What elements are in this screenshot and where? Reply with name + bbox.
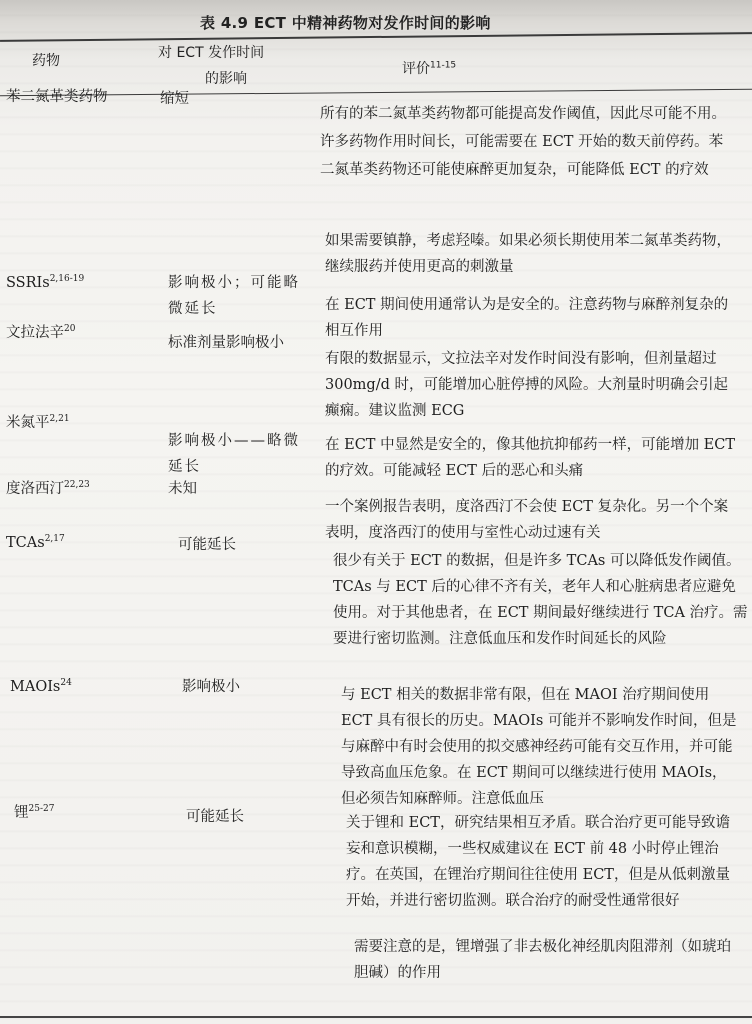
row-drug-name: 锂 [14,805,29,821]
row-drug-refs: 2,16-19 [50,274,85,284]
row-comment: 很少有关于 ECT 的数据，但是许多 TCAs 可以降低发作阈值。TCAs 与 … [333,548,748,652]
row-comment-extra: 需要注意的是，锂增强了非去极化神经肌肉阻滞剂（如琥珀胆碱）的作用 [354,934,742,986]
row-effect: 可能延长 [178,532,323,558]
row-drug-refs: 20 [64,324,75,334]
row-comment: 所有的苯二氮革类药物都可能提高发作阈值，因此尽可能不用。许多药物作用时间长，可能… [320,100,735,184]
row-comment: 在 ECT 中显然是安全的，像其他抗抑郁药一样，可能增加 ECT 的疗效。可能减… [325,432,740,484]
row-comment: 一个案例报告表明，度洛西汀不会使 ECT 复杂化。另一个个案表明，度洛西汀的使用… [325,494,740,546]
row-drug-name: 苯二氮革类药物 [6,89,108,105]
header-effect-line1: 对 ECT 发作时间 [158,42,264,62]
row-drug: MAOIs24 [10,674,72,700]
header-comment-refs: 11-15 [430,60,456,70]
row-drug: 文拉法辛20 [6,320,75,346]
header-effect-line2: 的影响 [205,68,247,88]
header-comment: 评价11-15 [402,58,456,78]
row-drug-name: 度洛西汀 [6,481,64,497]
row-drug-name: 文拉法辛 [6,325,64,341]
table-bottom-rule [0,1016,752,1018]
row-drug-name: TCAs [6,535,45,551]
row-effect: 未知 [168,476,313,502]
row-effect: 影响极小——略微延长 [168,428,308,480]
row-drug-refs: 24 [60,678,71,688]
row-comment: 关于锂和 ECT，研究结果相互矛盾。联合治疗更可能导致谵妄和意识模糊，一些权威建… [346,810,741,914]
table-top-rule [0,32,752,41]
row-drug-refs: 22,23 [64,480,90,490]
row-comment: 在 ECT 期间使用通常认为是安全的。注意药物与麻醉剂复杂的相互作用 [325,292,740,344]
header-bottom-rule [0,89,752,97]
row-effect: 影响极小 [182,674,327,700]
row-drug: 米氮平2,21 [6,410,70,436]
row-effect: 可能延长 [186,804,331,830]
row-comment-extra: 如果需要镇静，考虑羟嗪。如果必须长期使用苯二氮革类药物，继续服药并使用更高的刺激… [325,228,740,280]
row-drug-refs: 2,17 [45,534,65,544]
row-comment: 与 ECT 相关的数据非常有限，但在 MAOI 治疗期间使用 ECT 具有很长的… [341,682,741,812]
header-comment-label: 评价 [402,61,430,77]
row-drug: 度洛西汀22,23 [6,476,90,502]
row-effect: 影响极小；可能略微延长 [168,270,308,322]
row-drug-refs: 2,21 [50,414,70,424]
header-drug: 药物 [32,50,60,70]
row-effect: 标准剂量影响极小 [168,330,313,356]
row-drug: 苯二氮革类药物 [6,84,108,110]
row-comment: 有限的数据显示，文拉法辛对发作时间没有影响，但剂量超过 300mg/d 时，可能… [325,346,740,424]
row-drug: TCAs2,17 [6,530,65,556]
row-drug-name: 米氮平 [6,415,50,431]
row-drug-name: SSRIs [6,275,50,291]
row-drug: 锂25-27 [14,800,54,826]
row-drug: SSRIs2,16-19 [6,270,84,296]
row-effect: 缩短 [160,86,305,112]
table-caption: 表 4.9 ECT 中精神药物对发作时间的影响 [200,12,491,33]
row-drug-refs: 25-27 [29,804,55,814]
row-drug-name: MAOIs [10,679,60,695]
